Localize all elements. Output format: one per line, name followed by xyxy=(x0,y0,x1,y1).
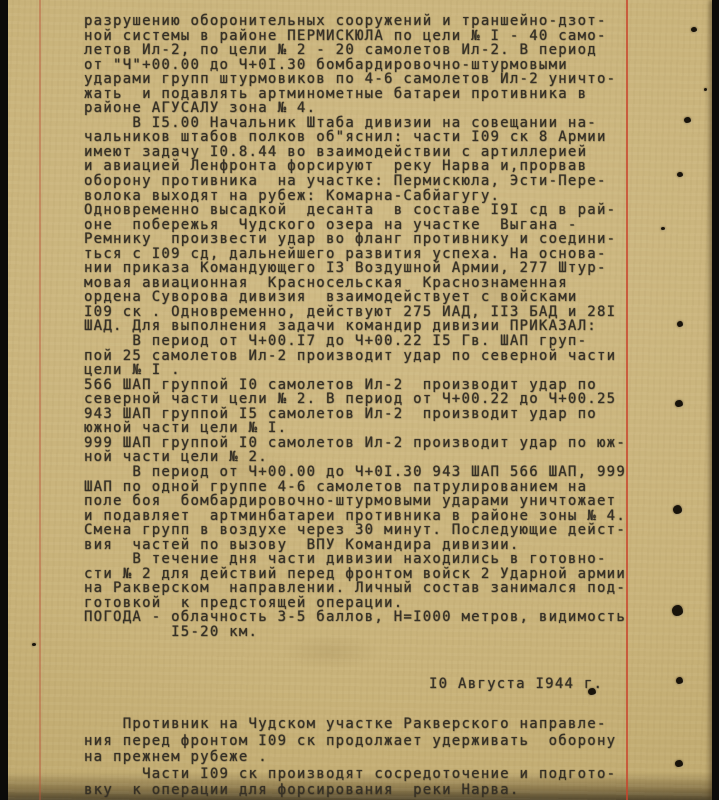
text-line: разрушению оборонительных сооружений и т… xyxy=(84,14,626,29)
text-line: от "Ч"+00.00 до Ч+0I.30 бомбардировочно-… xyxy=(84,58,626,73)
text-line: пой 25 самолетов Ил-2 производит удар по… xyxy=(84,349,626,364)
date-line: I0 Августа I944 г. xyxy=(429,676,603,693)
text-line: летов Ил-2, по цели № 2 - 20 самолетов И… xyxy=(84,43,626,58)
text-line: ной части цели № 2. xyxy=(84,450,626,465)
text-line: В период от Ч+00.I7 до Ч+00.22 I5 Гв. ША… xyxy=(84,334,626,349)
typewritten-footer-text: Противник на Чудском участке Ракверского… xyxy=(84,716,616,799)
text-line: цели № I . xyxy=(84,363,626,378)
ink-speck xyxy=(673,505,682,514)
text-line: В течение дня части дивизии находились в… xyxy=(84,552,626,567)
ink-speck xyxy=(677,172,683,177)
text-line: нии приказа Командующего I3 Воздушной Ар… xyxy=(84,261,626,276)
left-margin-rule xyxy=(39,0,41,800)
text-line: I09 ск . Одновременно, действуют 275 ИАД… xyxy=(84,305,626,320)
text-line: ШАД. Для выполнения задачи командир диви… xyxy=(84,319,626,334)
left-scan-edge xyxy=(0,0,8,800)
text-line: и авиацией Ленфронта форсируют реку Нарв… xyxy=(84,159,626,174)
text-line: Смена групп в воздухе через 30 минут. По… xyxy=(84,523,626,538)
ink-speck xyxy=(677,321,683,327)
text-line: вку к операции для форсирования реки Нар… xyxy=(84,782,616,799)
text-line: ударами групп штурмовиков по 4-6 самолет… xyxy=(84,72,626,87)
text-line: ордена Суворова дивизия взаимодействует … xyxy=(84,290,626,305)
ink-speck xyxy=(684,117,691,123)
typewritten-body-text: разрушению оборонительных сооружений и т… xyxy=(84,14,626,640)
scanned-document-page: разрушению оборонительных сооружений и т… xyxy=(0,0,719,800)
right-scan-edge xyxy=(712,0,719,800)
text-line: чальников штабов полков об"яснил: части … xyxy=(84,130,626,145)
ink-speck xyxy=(661,227,665,230)
text-line: оборону противника на участке: Пермискюл… xyxy=(84,174,626,189)
text-line: на прежнем рубеже . xyxy=(84,749,616,766)
ink-speck xyxy=(675,760,683,767)
ink-speck xyxy=(32,643,36,646)
text-line: на Ракверском направлении. Личный состав… xyxy=(84,581,626,596)
ink-speck xyxy=(672,605,683,616)
text-line: ПОГОДА - облачность 3-5 баллов, Н=I000 м… xyxy=(84,610,626,625)
ink-speck xyxy=(691,27,697,32)
text-line: Ремнику произвести удар во фланг противн… xyxy=(84,232,626,247)
text-line: ния перед фронтом I09 ск продолжает удер… xyxy=(84,733,616,750)
text-line: ШАП по одной группе 4-6 самолетов патрул… xyxy=(84,480,626,495)
text-line: Части I09 ск производят сосредоточение и… xyxy=(84,766,616,783)
ink-speck xyxy=(676,677,683,684)
text-line: ной системы в районе ПЕРМИСКЮЛА по цели … xyxy=(84,29,626,44)
text-line: В период от Ч+00.00 до Ч+0I.30 943 ШАП 5… xyxy=(84,465,626,480)
text-line: Противник на Чудском участке Ракверского… xyxy=(84,716,616,733)
text-line: I5-20 км. xyxy=(84,625,626,640)
text-line: волока выходят на рубеж: Комарна-Сабйагу… xyxy=(84,189,626,204)
text-line: вия частей по вызову ВПУ Командира дивиз… xyxy=(84,538,626,553)
text-line: южной части цели № I. xyxy=(84,421,626,436)
text-line: и подавляет артминбатареи противника в р… xyxy=(84,509,626,524)
ink-speck xyxy=(675,400,683,407)
text-line: северной части цели № 2. В период от Ч+0… xyxy=(84,392,626,407)
text-line: Одновременно высадкой десанта в составе … xyxy=(84,203,626,218)
right-margin-rule xyxy=(626,0,628,800)
text-line: поле боя бомбардировочно-штурмовыми удар… xyxy=(84,494,626,509)
ink-speck xyxy=(588,688,596,695)
text-line: районе АГУСАЛУ зона № 4. xyxy=(84,101,626,116)
ink-speck xyxy=(704,88,707,91)
